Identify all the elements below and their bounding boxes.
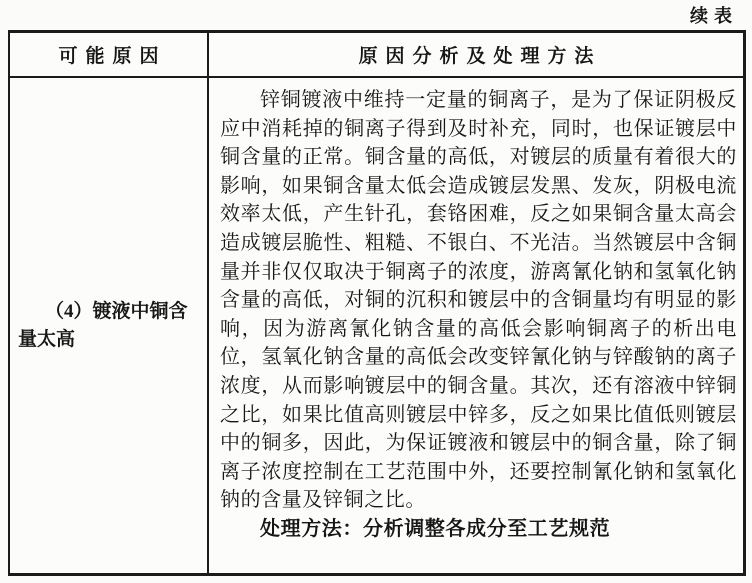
cell-possible-cause: （4）镀液中铜含 量太高 — [10, 78, 207, 573]
cell-cause-analysis: 锌铜镀液中维持一定量的铜离子，是为了保证阴极反应中消耗掉的铜离子得到及时补充，同… — [207, 78, 743, 573]
column-header-possible-cause-text: 可能原因 — [59, 41, 167, 68]
column-header-possible-cause: 可能原因 — [10, 33, 207, 78]
cause-analysis-table: 可能原因 原因分析及处理方法 （4）镀液中铜含 量太高 锌铜镀液中维持一定量的铜… — [8, 30, 746, 576]
continued-table-label: 续表 — [690, 2, 738, 28]
column-header-analysis-method-text: 原因分析及处理方法 — [359, 41, 602, 68]
possible-cause-line-2: 量太高 — [18, 326, 201, 354]
analysis-paragraph: 锌铜镀液中维持一定量的铜离子，是为了保证阴极反应中消耗掉的铜离子得到及时补充，同… — [220, 86, 737, 515]
treatment-method-label: 处理方法： — [260, 518, 363, 540]
possible-cause-line-1: （4）镀液中铜含 — [18, 298, 201, 326]
column-header-analysis-method: 原因分析及处理方法 — [207, 33, 743, 78]
treatment-method-text: 分析调整各成分至工艺规范 — [363, 518, 610, 540]
treatment-method-line: 处理方法：分析调整各成分至工艺规范 — [220, 515, 737, 544]
